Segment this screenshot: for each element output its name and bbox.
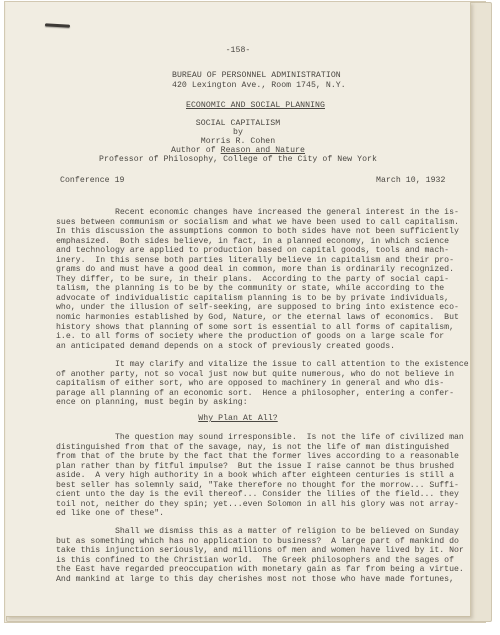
text-line: ence on planning, must begin by asking: [56,398,451,408]
text-line: nomic harmonies established by God, Natu… [56,313,451,323]
organization-name: BUREAU OF PERSONNEL ADMINISTRATION [172,71,341,81]
conference-label: Conference 19 [60,176,125,186]
text-line: emphasized. Both sides believe, in fact,… [56,237,451,247]
author-affiliation: Professor of Philosophy, College of the … [6,155,470,165]
section-heading: Why Plan At All? [6,414,470,424]
text-line: grams do and must have a good deal in co… [56,265,451,275]
typewritten-page: -158- BUREAU OF PERSONNEL ADMINISTRATION… [6,2,471,617]
paragraph-2: It may clarify and vitalize the issue to… [56,360,451,408]
text-line: In this discussion the assumptions commo… [56,227,451,237]
text-line: an anticipated demand depends on a stock… [56,342,451,352]
conference-date: March 10, 1932 [376,176,446,186]
text-line: best seller has solemnly said, "Take the… [56,481,451,491]
text-line: history shows that planning of some sort… [56,323,451,333]
text-line: capitalism of either sort, who are oppos… [56,379,451,389]
text-line: sues between communism or socialism and … [56,218,451,228]
text-line: but as something which has no applicatio… [56,537,451,547]
text-line: parage all planning of an economic sort.… [56,389,451,399]
text-line: Shall we dismiss this as a matter of rel… [56,527,451,537]
document-scan: -158- BUREAU OF PERSONNEL ADMINISTRATION… [0,0,500,635]
text-line: talism, the planning is to be by the com… [56,284,451,294]
text-line: Recent economic changes have increased t… [56,208,451,218]
page-number: -158- [6,46,470,56]
text-line: distinguished from that of the savage, n… [56,443,451,453]
organization-address: 420 Lexington Ave., Room 1745, N.Y. [172,81,346,91]
series-title: ECONOMIC AND SOCIAL PLANNING [186,101,325,111]
text-line: cient unto the day is the evil thereof..… [56,490,451,500]
text-line: take this injunction seriously, and mill… [56,546,451,556]
text-line: and technology are applied to production… [56,246,451,256]
text-line: i.e. to all forms of society where the p… [56,332,451,342]
text-line: toil not, neither do they spin; yet...ev… [56,500,451,510]
paragraph-3: The question may sound irresponsible. Is… [56,433,451,519]
text-line: aside. A very high authority in a book w… [56,471,451,481]
text-line: of another party, not so vocal just now … [56,370,451,380]
text-line: who, under the illusion of self-seeking,… [56,303,451,313]
text-line: the East have regarded preoccupation wit… [56,565,451,575]
paragraph-1: Recent economic changes have increased t… [56,208,451,351]
text-line: from that of the brute by the fact that … [56,452,451,462]
paragraph-4: Shall we dismiss this as a matter of rel… [56,527,451,584]
text-line: And mankind at large to this day cherish… [56,575,451,585]
book-title: Reason and Nature [221,146,305,155]
text-line: plan rather than by fitful impulse? But … [56,462,451,472]
text-line: ed like one of these". [56,509,451,519]
text-line: It may clarify and vitalize the issue to… [56,360,451,370]
text-line: is this confined to the Christian world.… [56,556,451,566]
author-of-prefix: Author of [171,146,221,155]
text-line: inery. In this sense both parties litera… [56,256,451,266]
staple-icon [45,23,70,27]
text-line: They differ, to be sure, in their plans.… [56,275,451,285]
text-line: The question may sound irresponsible. Is… [56,433,451,443]
